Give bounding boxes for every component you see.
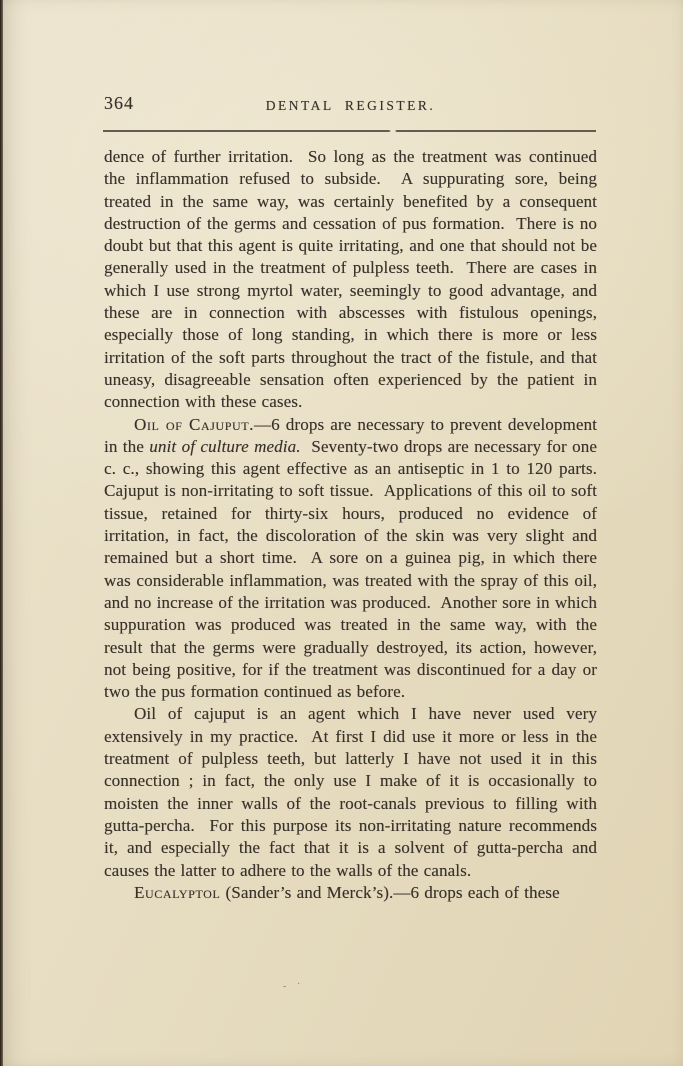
header-rule: [103, 130, 596, 132]
paragraph-eucalyptol: Eucalyptol (Sander’s and Merck’s).—6 dro…: [104, 882, 597, 904]
body-text: Oil of cajuput is an agent which I have …: [104, 704, 602, 879]
italic-phrase: unit of culture media.: [149, 437, 300, 456]
page-body: dence of further irritation. So long as …: [104, 146, 597, 904]
run-in-heading: Eucalyptol: [134, 883, 220, 902]
scanned-book-page: 364 DENTAL REGISTER. dence of further ir…: [0, 0, 683, 1066]
running-header: DENTAL REGISTER.: [104, 98, 597, 114]
paragraph-cajuput-practice: Oil of cajuput is an agent which I have …: [104, 703, 597, 881]
paragraph-continuation: dence of further irritation. So long as …: [104, 146, 597, 414]
paragraph-oil-of-cajuput: Oil of Cajuput.—6 drops are necessary to…: [104, 414, 597, 704]
page-left-edge-shadow: [0, 0, 3, 1066]
scan-speck: ·: [297, 980, 300, 990]
body-text: (Sander’s and Merck’s).—6 drops each of …: [220, 883, 559, 902]
scan-speck: -: [283, 982, 286, 992]
body-text: dence of further irritation. So long as …: [104, 147, 602, 411]
run-in-heading: Oil of Cajuput.: [134, 415, 254, 434]
body-text: Seventy-two drops are necessary for one …: [104, 437, 607, 701]
